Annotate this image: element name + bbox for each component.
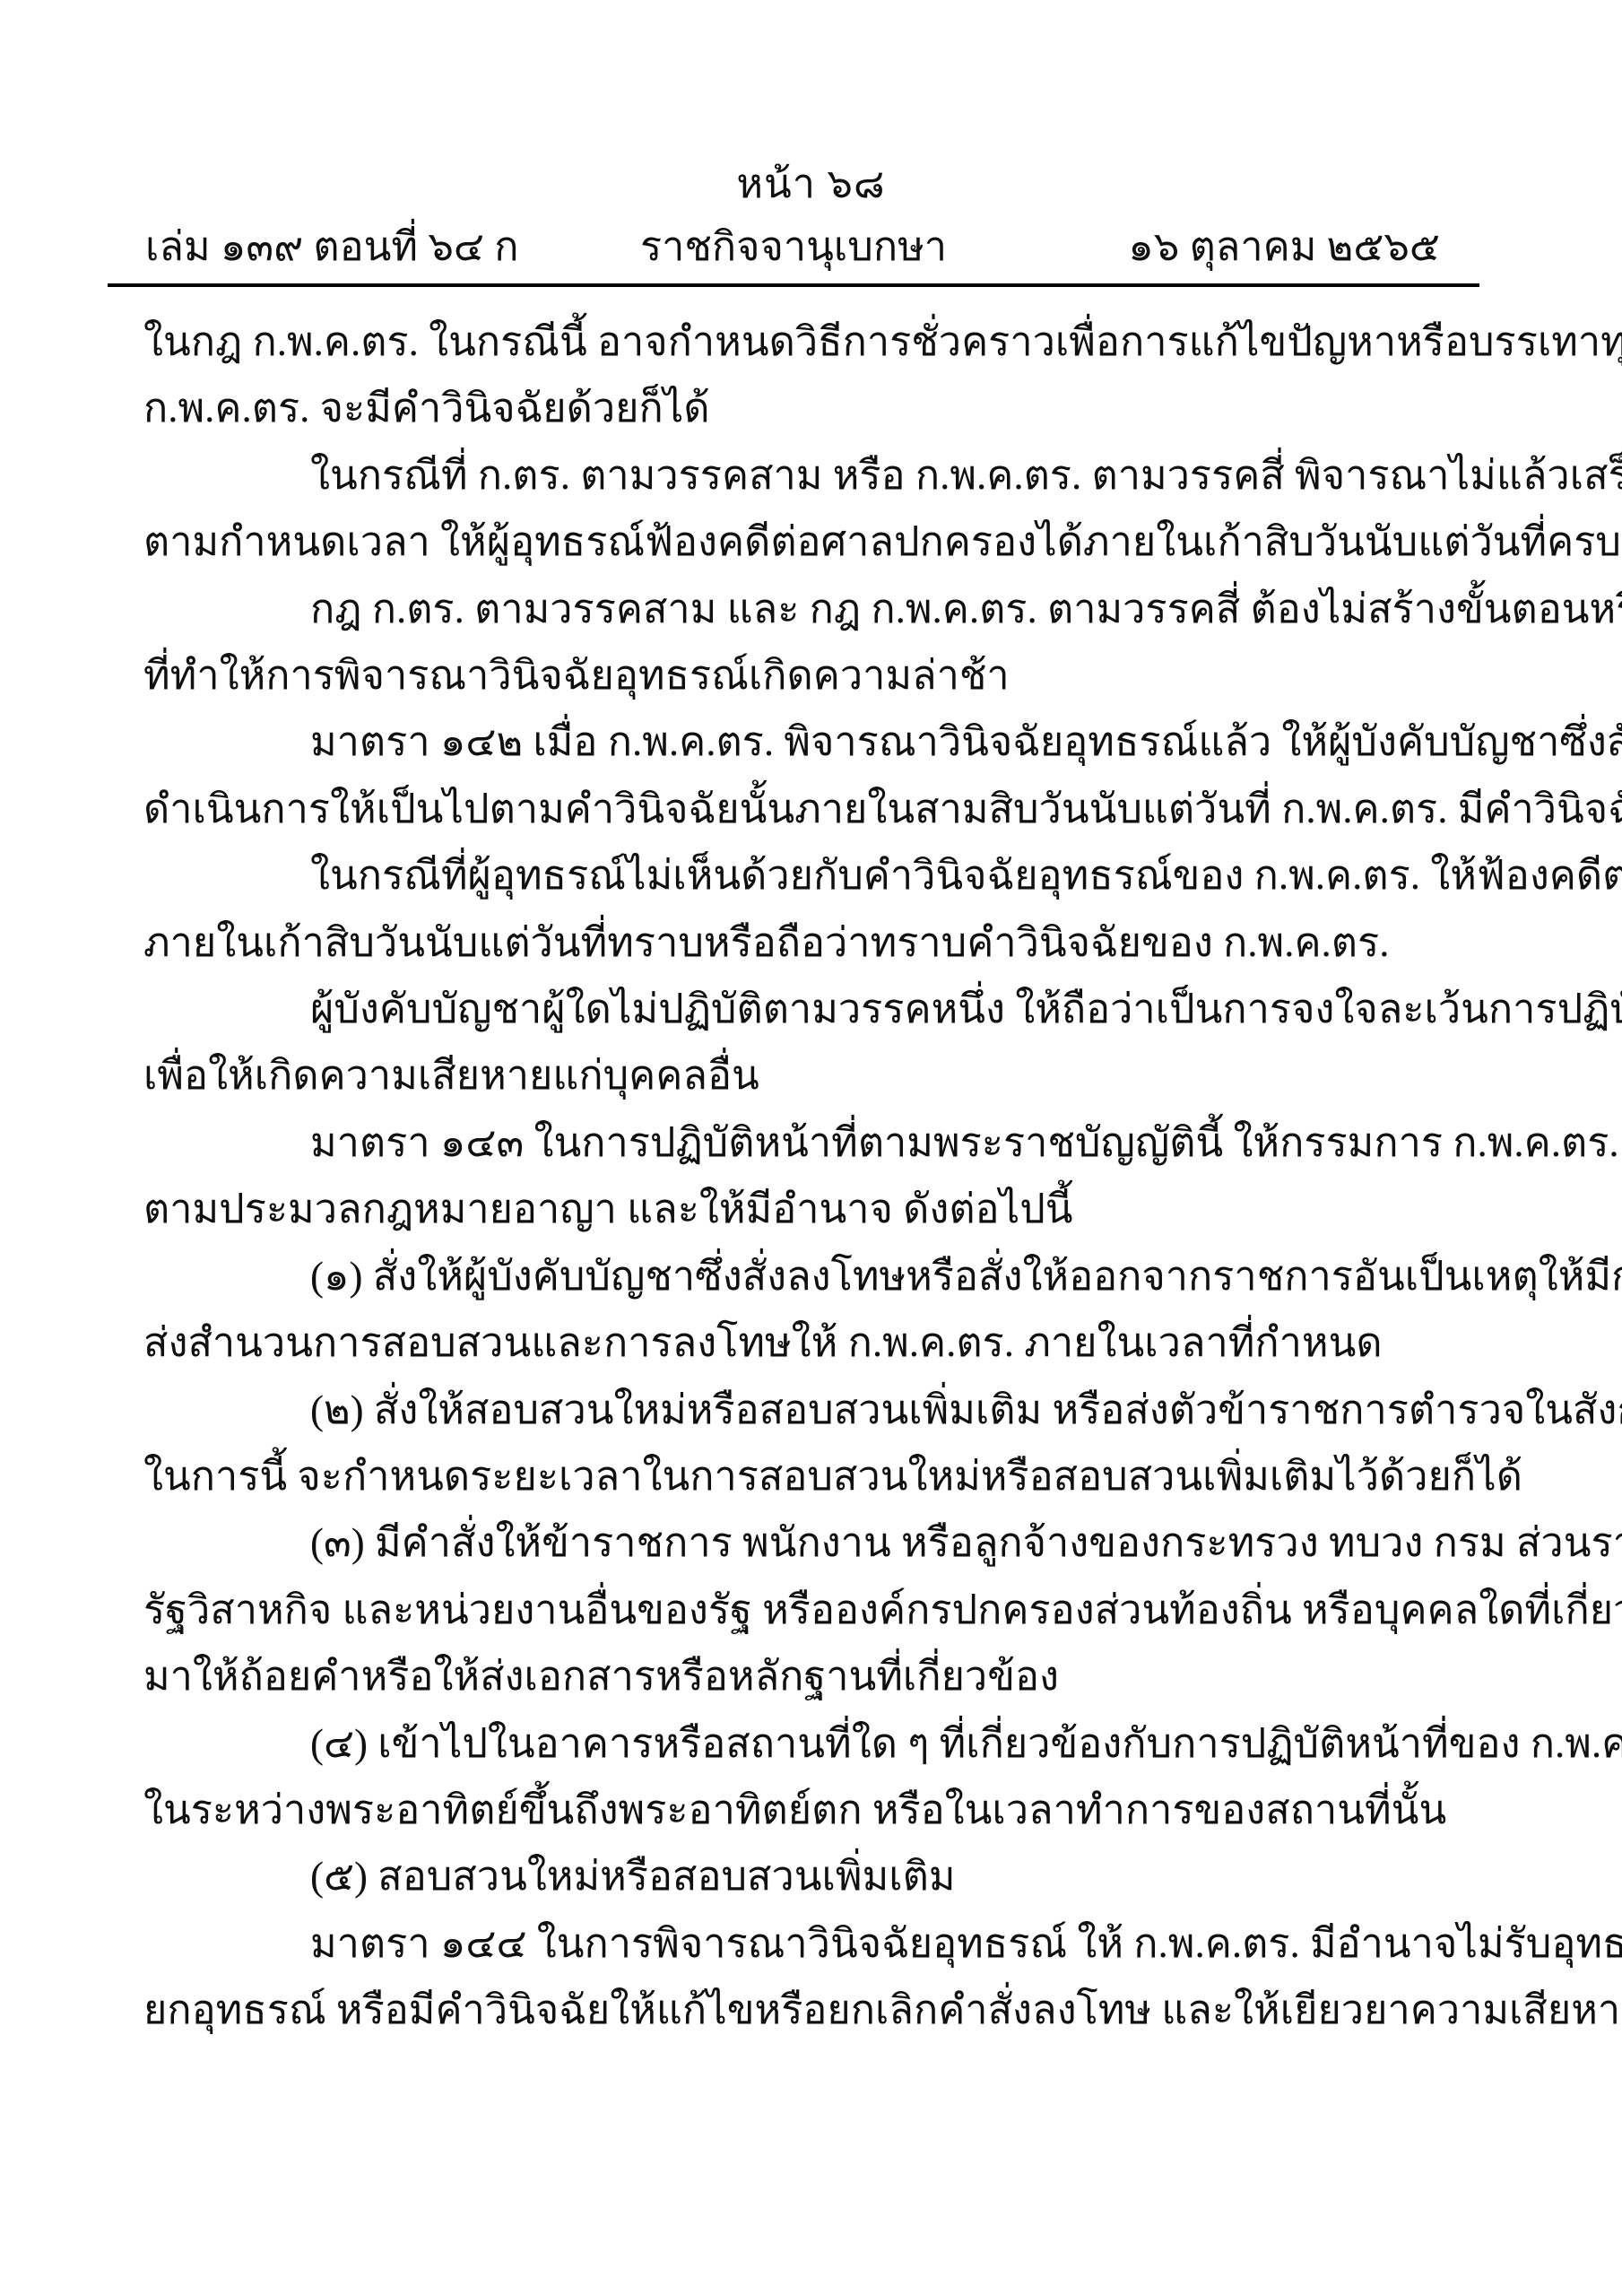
text-line: (๔) เข้าไปในอาคารหรือสถานที่ใด ๆ ที่เกี่… bbox=[143, 1710, 1481, 1777]
text-line: ก.พ.ค.ตร. จะมีคำวินิจฉัยด้วยก็ได้ bbox=[143, 375, 1481, 441]
text-line: ในกรณีที่ผู้อุทธรณ์ไม่เห็นด้วยกับคำวินิจ… bbox=[143, 842, 1481, 909]
publication-date: ๑๖ ตุลาคม ๒๕๖๕ bbox=[1128, 221, 1440, 273]
text-line: (๑) สั่งให้ผู้บังคับบัญชาซึ่งสั่งลงโทษหร… bbox=[143, 1243, 1481, 1309]
text-line: (๓) มีคำสั่งให้ข้าราชการ พนักงาน หรือลูก… bbox=[143, 1509, 1481, 1576]
text-line: ดำเนินการให้เป็นไปตามคำวินิจฉัยนั้นภายใน… bbox=[143, 776, 1481, 842]
document-body: ในกฎ ก.พ.ค.ตร. ในกรณีนี้ อาจกำหนดวิธีการ… bbox=[143, 309, 1481, 2044]
text-line: มาตรา ๑๔๒ เมื่อ ก.พ.ค.ตร. พิจารณาวินิจฉั… bbox=[143, 709, 1481, 775]
text-line: มาตรา ๑๔๓ ในการปฏิบัติหน้าที่ตามพระราชบั… bbox=[143, 1109, 1481, 1176]
text-line: ในกฎ ก.พ.ค.ตร. ในกรณีนี้ อาจกำหนดวิธีการ… bbox=[143, 309, 1481, 375]
text-line: รัฐวิสาหกิจ และหน่วยงานอื่นของรัฐ หรืออง… bbox=[143, 1577, 1481, 1643]
page-header: เล่ม ๑๓๙ ตอนที่ ๖๔ ก ราชกิจจานุเบกษา ๑๖ … bbox=[108, 221, 1479, 274]
text-line: ผู้บังคับบัญชาผู้ใดไม่ปฏิบัติตามวรรคหนึ่… bbox=[143, 976, 1481, 1042]
page-number: หน้า ๖๘ bbox=[0, 158, 1622, 210]
text-line: ภายในเก้าสิบวันนับแต่วันที่ทราบหรือถือว่… bbox=[143, 909, 1481, 976]
text-line: ในการนี้ จะกำหนดระยะเวลาในการสอบสวนใหม่ห… bbox=[143, 1443, 1481, 1509]
text-line: ในกรณีที่ ก.ตร. ตามวรรคสาม หรือ ก.พ.ค.ตร… bbox=[143, 442, 1481, 509]
gazette-title: ราชกิจจานุเบกษา bbox=[640, 221, 947, 273]
text-line: (๕) สอบสวนใหม่หรือสอบสวนเพิ่มเติม bbox=[143, 1843, 1481, 1909]
text-line: เพื่อให้เกิดความเสียหายแก่บุคคลอื่น bbox=[143, 1042, 1481, 1109]
volume-issue-label: เล่ม ๑๓๙ ตอนที่ ๖๔ ก bbox=[145, 221, 518, 273]
gazette-page: หน้า ๖๘ เล่ม ๑๓๙ ตอนที่ ๖๔ ก ราชกิจจานุเ… bbox=[0, 0, 1622, 2296]
text-line: มาให้ถ้อยคำหรือให้ส่งเอกสารหรือหลักฐานที… bbox=[143, 1643, 1481, 1709]
text-line: ในระหว่างพระอาทิตย์ขึ้นถึงพระอาทิตย์ตก ห… bbox=[143, 1777, 1481, 1843]
text-line: กฎ ก.ตร. ตามวรรคสาม และ กฎ ก.พ.ค.ตร. ตาม… bbox=[143, 576, 1481, 642]
text-line: ที่ทำให้การพิจารณาวินิจฉัยอุทธรณ์เกิดควา… bbox=[143, 642, 1481, 709]
text-line: ตามกำหนดเวลา ให้ผู้อุทธรณ์ฟ้องคดีต่อศาลป… bbox=[143, 509, 1481, 575]
text-line: มาตรา ๑๔๔ ในการพิจารณาวินิจฉัยอุทธรณ์ ให… bbox=[143, 1910, 1481, 1977]
text-line: ส่งสำนวนการสอบสวนและการลงโทษให้ ก.พ.ค.ตร… bbox=[143, 1309, 1481, 1376]
text-line: ยกอุทธรณ์ หรือมีคำวินิจฉัยให้แก้ไขหรือยก… bbox=[143, 1977, 1481, 2043]
header-divider-rule bbox=[108, 283, 1479, 287]
text-line: (๒) สั่งให้สอบสวนใหม่หรือสอบสวนเพิ่มเติม… bbox=[143, 1377, 1481, 1443]
text-line: ตามประมวลกฎหมายอาญา และให้มีอำนาจ ดังต่อ… bbox=[143, 1176, 1481, 1242]
